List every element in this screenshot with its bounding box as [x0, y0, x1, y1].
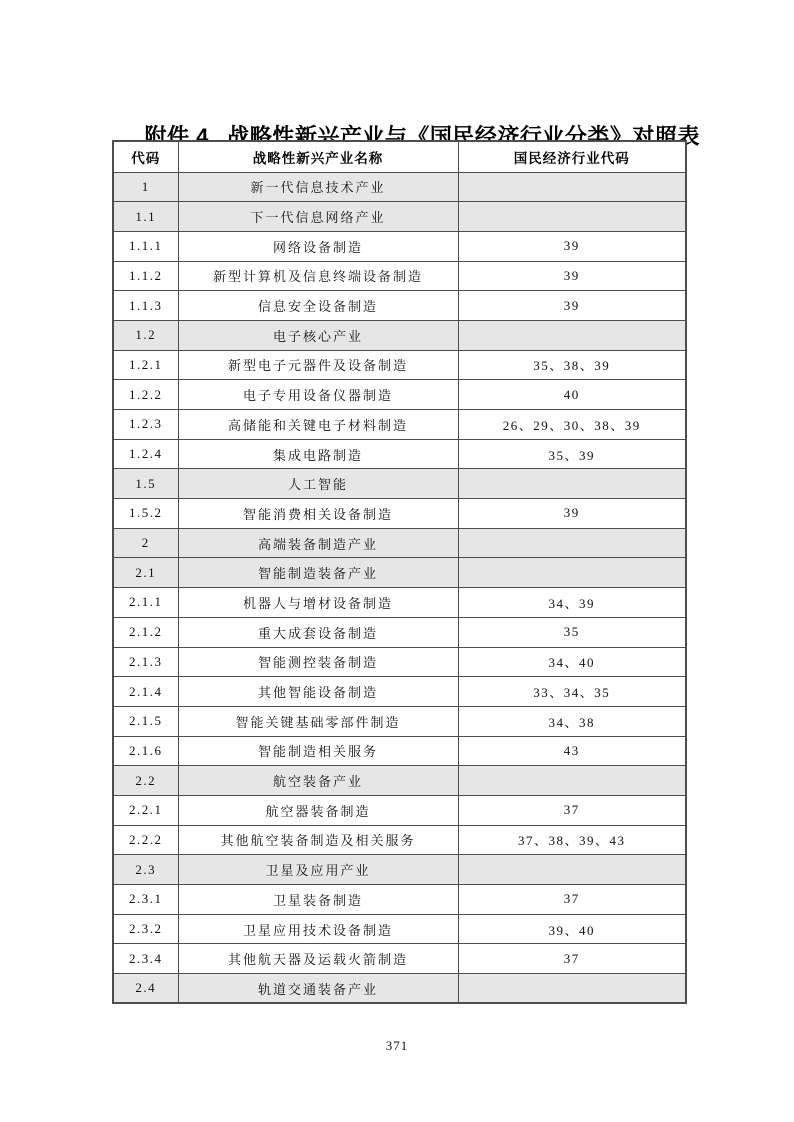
table-row: 2.1智能制造装备产业	[113, 558, 686, 588]
table-row: 2.1.5智能关键基础零部件制造34、38	[113, 706, 686, 736]
table-row: 1.2.3高储能和关键电子材料制造26、29、30、38、39	[113, 410, 686, 440]
cell-industry-codes	[458, 320, 686, 350]
cell-industry-name: 智能测控装备制造	[178, 647, 458, 677]
table-row: 1.2.2电子专用设备仪器制造40	[113, 380, 686, 410]
cell-code: 2	[113, 528, 178, 558]
cell-code: 2.3.4	[113, 944, 178, 974]
table-row: 2高端装备制造产业	[113, 528, 686, 558]
table-row: 2.1.1机器人与增材设备制造34、39	[113, 588, 686, 618]
cell-code: 1.2.1	[113, 350, 178, 380]
cell-code: 2.3	[113, 855, 178, 885]
table-row: 1.1.1网络设备制造39	[113, 231, 686, 261]
header-row: 代码 战略性新兴产业名称 国民经济行业代码	[113, 141, 686, 172]
cell-industry-name: 高端装备制造产业	[178, 528, 458, 558]
cell-industry-name: 新型计算机及信息终端设备制造	[178, 261, 458, 291]
table-row: 1.1下一代信息网络产业	[113, 202, 686, 232]
cell-industry-codes	[458, 974, 686, 1004]
table-row: 2.2航空装备产业	[113, 766, 686, 796]
cell-code: 1	[113, 172, 178, 202]
col-header-industry-name: 战略性新兴产业名称	[178, 141, 458, 172]
cell-industry-name: 轨道交通装备产业	[178, 974, 458, 1004]
cell-code: 2.1.6	[113, 736, 178, 766]
cell-industry-name: 新一代信息技术产业	[178, 172, 458, 202]
cell-industry-codes: 34、38	[458, 706, 686, 736]
table-row: 2.3.1卫星装备制造37	[113, 885, 686, 915]
cell-industry-name: 卫星装备制造	[178, 885, 458, 915]
table-row: 1新一代信息技术产业	[113, 172, 686, 202]
table-row: 2.2.2其他航空装备制造及相关服务37、38、39、43	[113, 825, 686, 855]
cell-industry-codes	[458, 766, 686, 796]
document-page: 附件 4.战略性新兴产业与《国民经济行业分类》对照表 代码 战略性新兴产业名称 …	[0, 0, 794, 1122]
table-row: 1.2.1新型电子元器件及设备制造35、38、39	[113, 350, 686, 380]
cell-industry-name: 新型电子元器件及设备制造	[178, 350, 458, 380]
cell-code: 1.2.4	[113, 439, 178, 469]
cell-industry-codes: 39、40	[458, 914, 686, 944]
cell-industry-name: 下一代信息网络产业	[178, 202, 458, 232]
cell-code: 1.1.1	[113, 231, 178, 261]
cell-code: 2.1.3	[113, 647, 178, 677]
cell-industry-codes: 37	[458, 795, 686, 825]
cell-industry-codes	[458, 172, 686, 202]
cell-industry-name: 卫星及应用产业	[178, 855, 458, 885]
cell-industry-name: 其他智能设备制造	[178, 677, 458, 707]
cell-industry-name: 其他航空装备制造及相关服务	[178, 825, 458, 855]
cell-industry-codes: 39	[458, 291, 686, 321]
table-row: 2.3.2卫星应用技术设备制造39、40	[113, 914, 686, 944]
cell-industry-codes: 40	[458, 380, 686, 410]
cell-industry-codes: 33、34、35	[458, 677, 686, 707]
cell-industry-codes: 37	[458, 944, 686, 974]
cell-industry-codes	[458, 528, 686, 558]
cell-code: 1.2.2	[113, 380, 178, 410]
cell-code: 1.1.3	[113, 291, 178, 321]
industry-mapping-table: 代码 战略性新兴产业名称 国民经济行业代码 1新一代信息技术产业1.1下一代信息…	[112, 140, 687, 1004]
table-row: 1.1.3信息安全设备制造39	[113, 291, 686, 321]
table-row: 2.4轨道交通装备产业	[113, 974, 686, 1004]
cell-industry-codes: 26、29、30、38、39	[458, 410, 686, 440]
cell-code: 2.4	[113, 974, 178, 1004]
table-row: 2.3.4其他航天器及运载火箭制造37	[113, 944, 686, 974]
table-row: 2.1.6智能制造相关服务43	[113, 736, 686, 766]
cell-industry-name: 电子核心产业	[178, 320, 458, 350]
cell-industry-name: 卫星应用技术设备制造	[178, 914, 458, 944]
cell-industry-codes	[458, 469, 686, 499]
cell-industry-name: 信息安全设备制造	[178, 291, 458, 321]
cell-code: 2.1.5	[113, 706, 178, 736]
cell-code: 2.1.4	[113, 677, 178, 707]
cell-industry-name: 电子专用设备仪器制造	[178, 380, 458, 410]
cell-industry-name: 网络设备制造	[178, 231, 458, 261]
cell-code: 2.3.1	[113, 885, 178, 915]
table-row: 1.5人工智能	[113, 469, 686, 499]
cell-industry-codes: 39	[458, 261, 686, 291]
table-row: 2.1.4其他智能设备制造33、34、35	[113, 677, 686, 707]
cell-industry-codes: 39	[458, 499, 686, 529]
cell-industry-name: 航空器装备制造	[178, 795, 458, 825]
cell-industry-name: 集成电路制造	[178, 439, 458, 469]
cell-industry-name: 智能制造相关服务	[178, 736, 458, 766]
table-row: 1.2.4集成电路制造35、39	[113, 439, 686, 469]
cell-industry-codes: 35	[458, 617, 686, 647]
cell-industry-name: 智能消费相关设备制造	[178, 499, 458, 529]
cell-industry-codes	[458, 558, 686, 588]
cell-code: 2.1.2	[113, 617, 178, 647]
cell-code: 2.1	[113, 558, 178, 588]
cell-industry-name: 人工智能	[178, 469, 458, 499]
cell-industry-name: 其他航天器及运载火箭制造	[178, 944, 458, 974]
cell-code: 1.1.2	[113, 261, 178, 291]
table-row: 2.3卫星及应用产业	[113, 855, 686, 885]
table-body: 1新一代信息技术产业1.1下一代信息网络产业1.1.1网络设备制造391.1.2…	[113, 172, 686, 1003]
page-number: 371	[0, 1038, 794, 1054]
cell-industry-name: 智能制造装备产业	[178, 558, 458, 588]
cell-code: 2.2.2	[113, 825, 178, 855]
table-row: 2.1.3智能测控装备制造34、40	[113, 647, 686, 677]
table-row: 1.5.2智能消费相关设备制造39	[113, 499, 686, 529]
cell-industry-codes: 37、38、39、43	[458, 825, 686, 855]
cell-industry-name: 机器人与增材设备制造	[178, 588, 458, 618]
cell-industry-codes: 37	[458, 885, 686, 915]
cell-industry-codes: 34、40	[458, 647, 686, 677]
cell-code: 1.5	[113, 469, 178, 499]
cell-industry-name: 重大成套设备制造	[178, 617, 458, 647]
cell-industry-codes	[458, 202, 686, 232]
cell-industry-codes: 43	[458, 736, 686, 766]
cell-industry-codes: 39	[458, 231, 686, 261]
cell-code: 2.3.2	[113, 914, 178, 944]
col-header-code: 代码	[113, 141, 178, 172]
cell-industry-codes: 35、39	[458, 439, 686, 469]
table-header: 代码 战略性新兴产业名称 国民经济行业代码	[113, 141, 686, 172]
cell-industry-name: 智能关键基础零部件制造	[178, 706, 458, 736]
cell-code: 1.2.3	[113, 410, 178, 440]
cell-code: 2.2	[113, 766, 178, 796]
cell-code: 2.2.1	[113, 795, 178, 825]
cell-code: 1.5.2	[113, 499, 178, 529]
table-row: 2.1.2重大成套设备制造35	[113, 617, 686, 647]
table-row: 1.2电子核心产业	[113, 320, 686, 350]
table-row: 1.1.2新型计算机及信息终端设备制造39	[113, 261, 686, 291]
col-header-industry-codes: 国民经济行业代码	[458, 141, 686, 172]
cell-code: 2.1.1	[113, 588, 178, 618]
cell-code: 1.2	[113, 320, 178, 350]
cell-industry-codes	[458, 855, 686, 885]
cell-industry-name: 高储能和关键电子材料制造	[178, 410, 458, 440]
cell-industry-codes: 34、39	[458, 588, 686, 618]
table-row: 2.2.1航空器装备制造37	[113, 795, 686, 825]
cell-industry-name: 航空装备产业	[178, 766, 458, 796]
cell-industry-codes: 35、38、39	[458, 350, 686, 380]
cell-code: 1.1	[113, 202, 178, 232]
